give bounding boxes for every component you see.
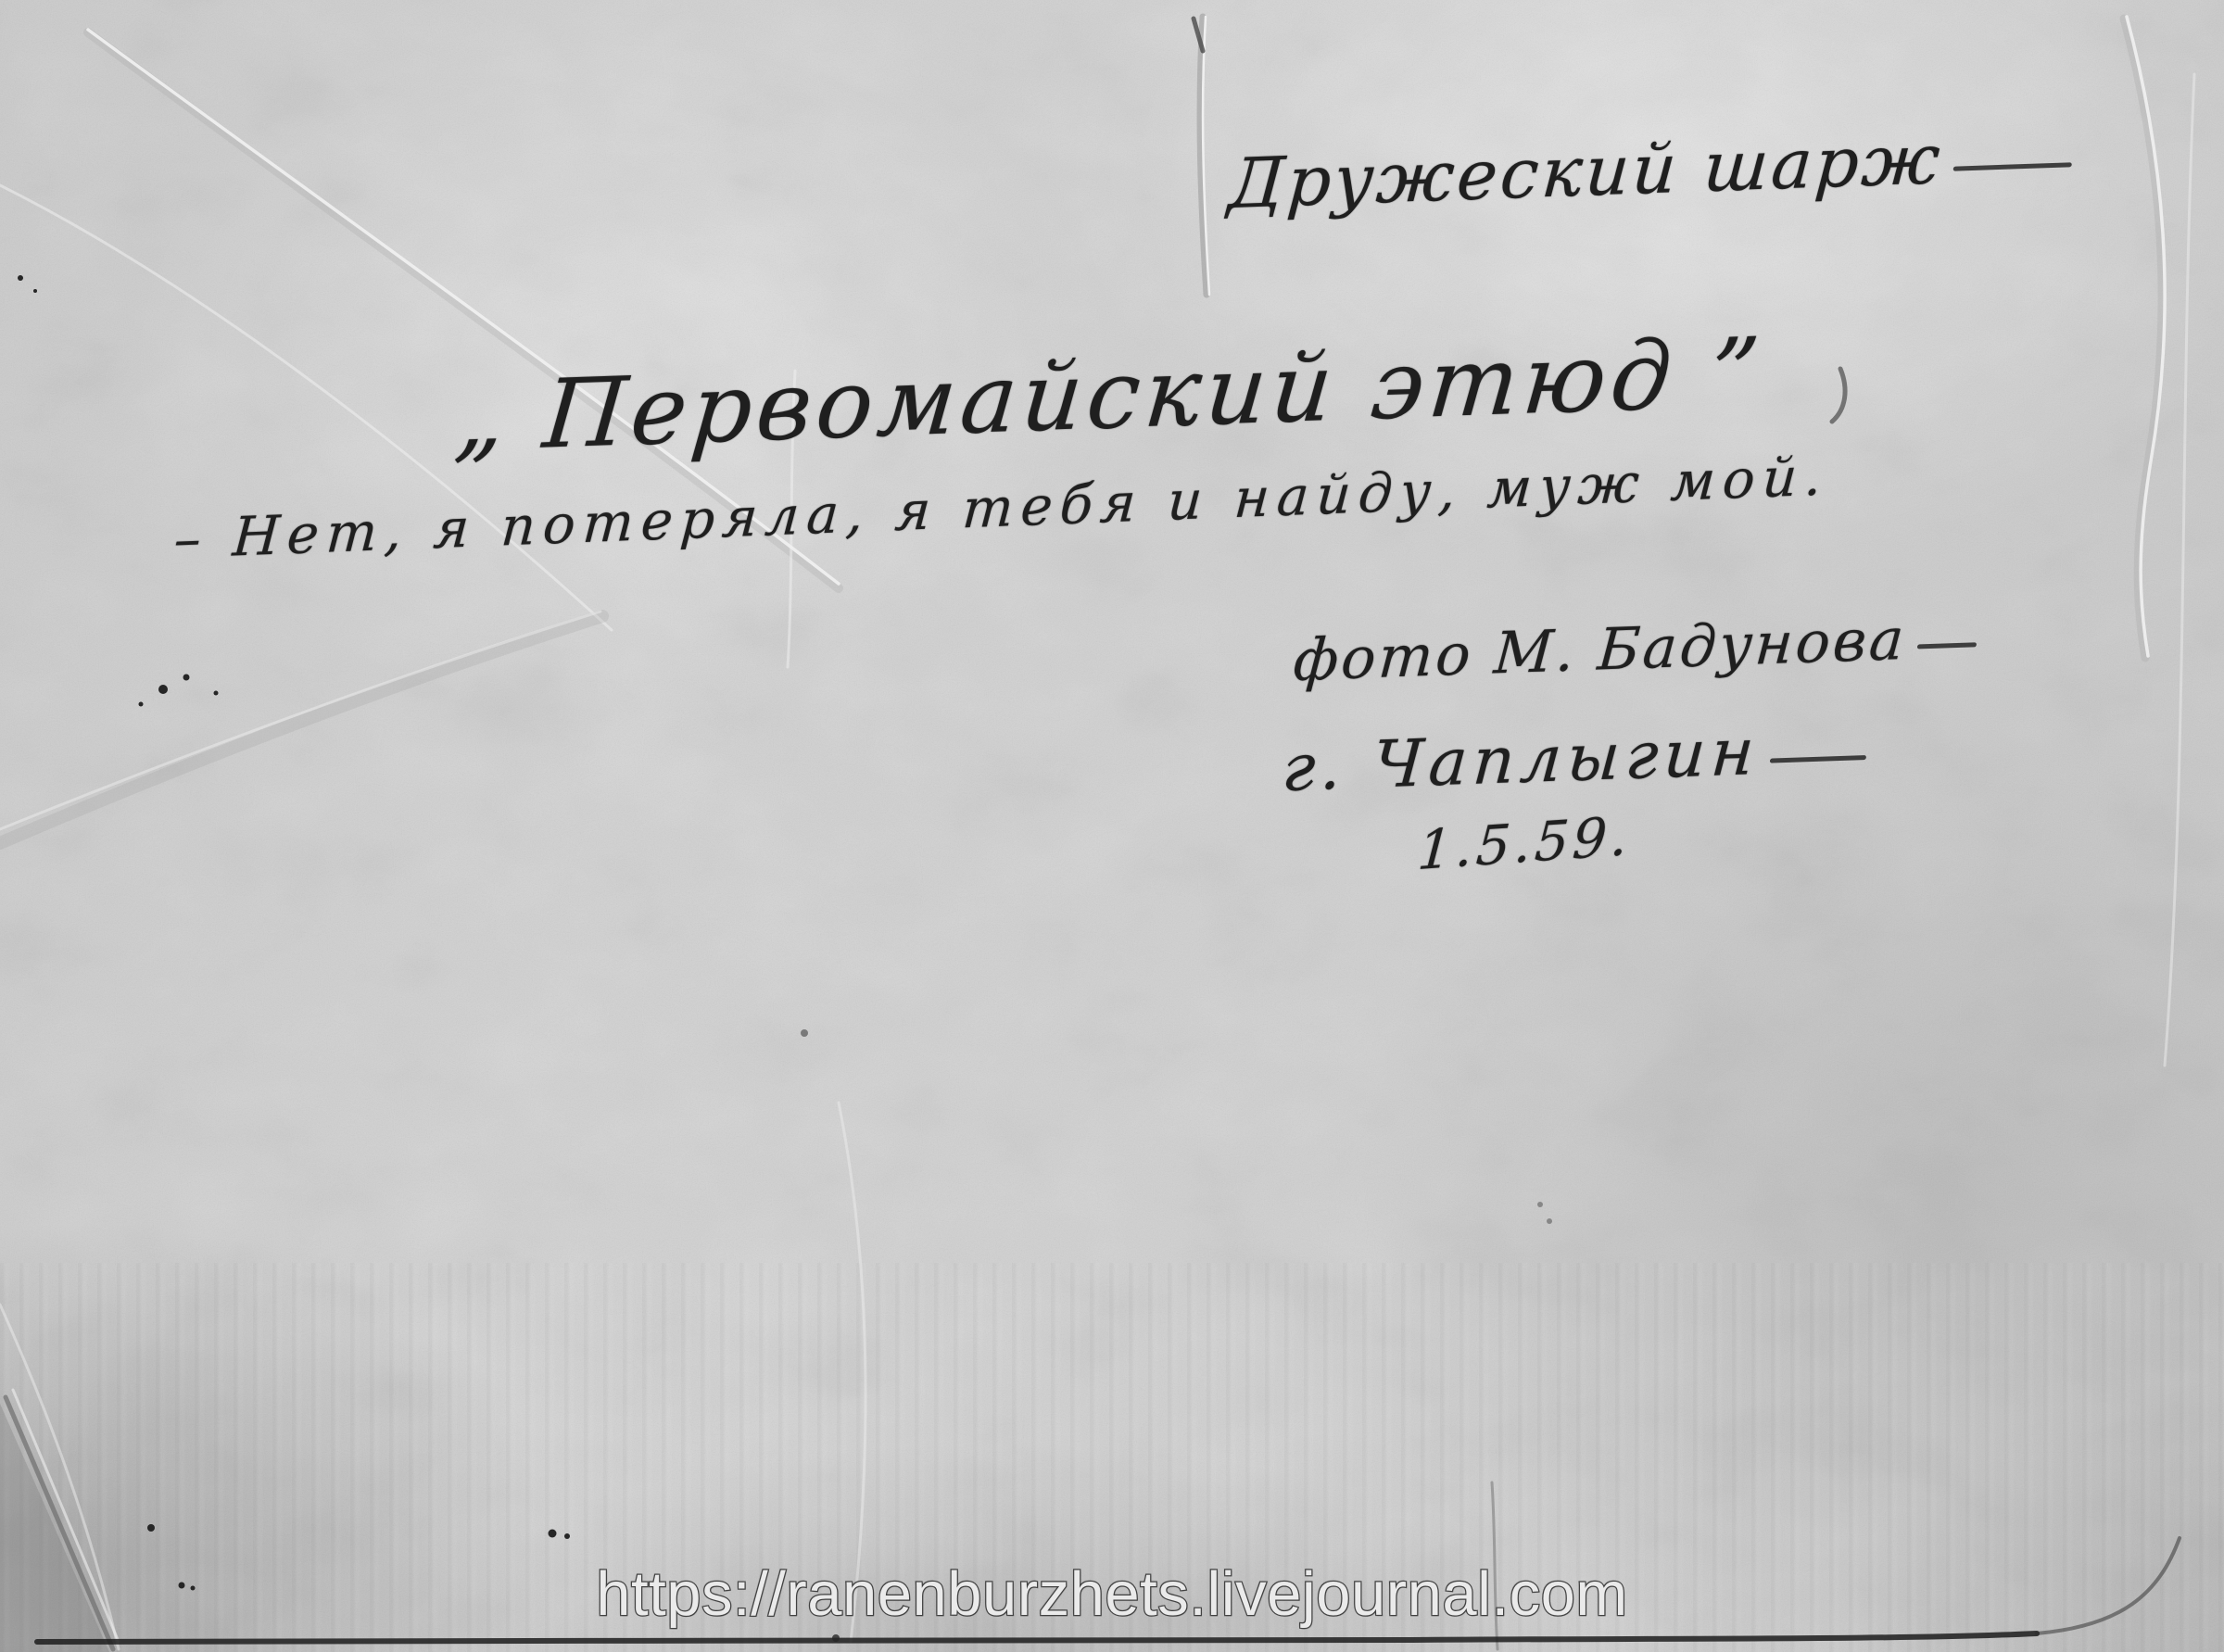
flourish-line (1952, 162, 2071, 170)
flourish-line (1916, 642, 1976, 649)
watermark-url: https://ranenburzhets.livejournal.com (596, 1558, 1627, 1630)
flourish-line (1770, 755, 1866, 763)
photo-back-scan: Дружеский шарж „ Первомайский этюд ” – Н… (0, 0, 2224, 1652)
paper-texture-and-creases (0, 0, 2224, 1652)
